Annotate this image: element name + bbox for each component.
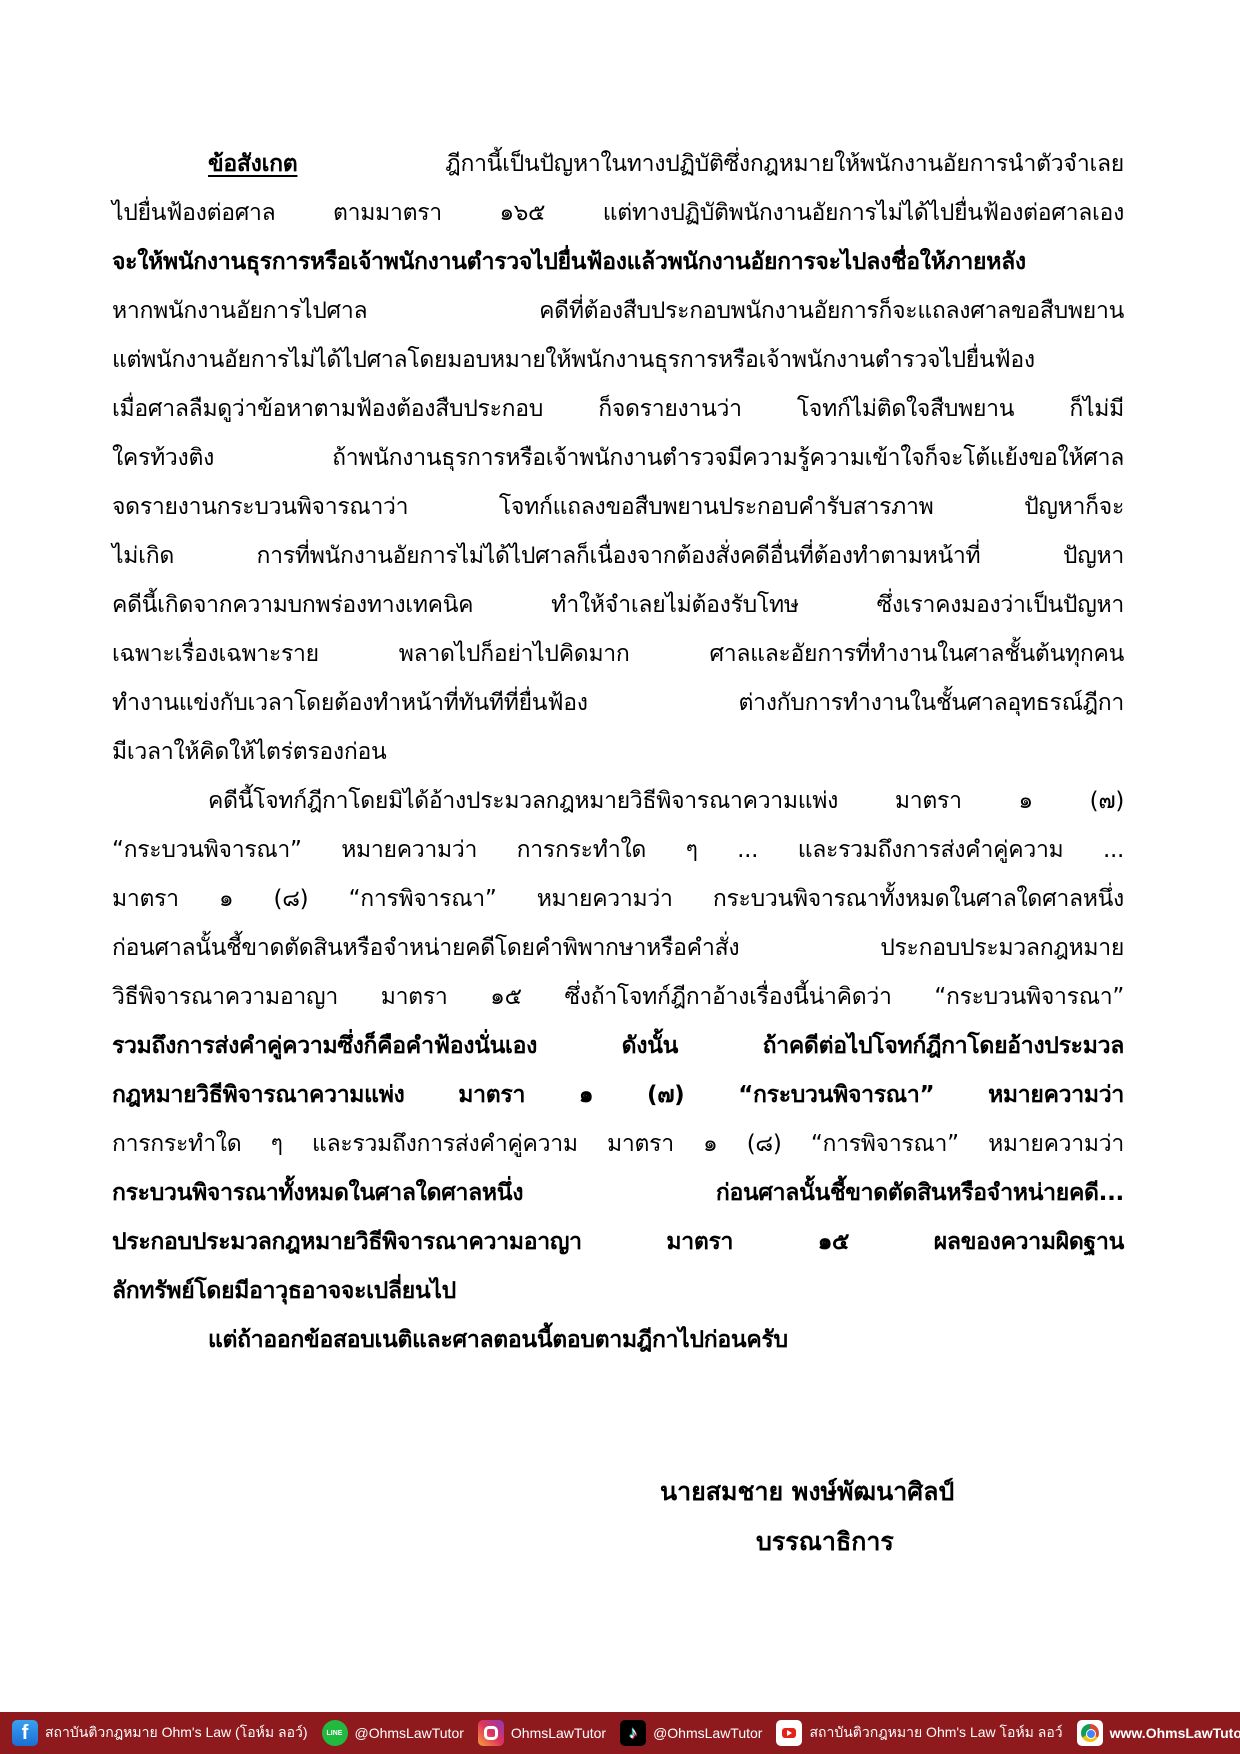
instagram-icon <box>478 1720 504 1746</box>
footer-instagram-link[interactable]: OhmsLawTutor <box>478 1720 606 1746</box>
text-line: แต่พนักงานอัยการไม่ได้ไปศาลโดยมอบหมายให้… <box>112 336 1124 385</box>
footer-website-link[interactable]: www.OhmsLawTutor.com <box>1077 1720 1240 1746</box>
text-line: คดีนี้เกิดจากความบกพร่องทางเทคนิค ทำให้จ… <box>112 581 1124 630</box>
signature-name: นายสมชาย พงษ์พัฒนาศิลป์ <box>660 1472 954 1512</box>
text-line: ไม่เกิด การที่พนักงานอัยการไม่ได้ไปศาลก็… <box>112 532 1124 581</box>
text-line: ทำงานแข่งกับเวลาโดยต้องทำหน้าที่ทันทีที่… <box>112 679 1124 728</box>
text-line: จดรายงานกระบวนพิจารณาว่า โจทก์แถลงขอสืบพ… <box>112 483 1124 532</box>
line-icon: LINE <box>322 1720 348 1746</box>
note-heading: ข้อสังเกต <box>208 151 297 177</box>
footer-label: OhmsLawTutor <box>511 1725 606 1741</box>
document-body: ข้อสังเกต ฎีกานี้เป็นปัญหาในทางปฏิบัติซึ… <box>112 140 1124 1365</box>
chrome-icon <box>1077 1720 1103 1746</box>
text-line: ข้อสังเกต ฎีกานี้เป็นปัญหาในทางปฏิบัติซึ… <box>112 140 1124 189</box>
text-line: เฉพาะเรื่องเฉพาะราย พลาดไปก็อย่าไปคิดมาก… <box>112 630 1124 679</box>
footer-label: www.OhmsLawTutor.com <box>1110 1725 1240 1741</box>
footer-label: สถาบันติวกฎหมาย Ohm's Law (โอห์ม ลอว์) <box>45 1722 308 1744</box>
text-line: รวมถึงการส่งคำคู่ความซึ่งก็คือคำฟ้องนั่น… <box>112 1022 1124 1071</box>
text-line: “กระบวนพิจารณา” หมายความว่า การกระทำใด ๆ… <box>112 826 1124 875</box>
text-line: ประกอบประมวลกฎหมายวิธีพิจารณาความอาญา มา… <box>112 1218 1124 1267</box>
text-line: ไปยื่นฟ้องต่อศาล ตามมาตรา ๑๖๕ แต่ทางปฏิบ… <box>112 189 1124 238</box>
text-line: ใครท้วงติง ถ้าพนักงานธุรการหรือเจ้าพนักง… <box>112 434 1124 483</box>
text-line: มีเวลาให้คิดให้ไตร่ตรองก่อน <box>112 728 1124 777</box>
text-line: มาตรา ๑ (๘) “การพิจารณา” หมายความว่า กระ… <box>112 875 1124 924</box>
text-line: หากพนักงานอัยการไปศาล คดีที่ต้องสืบประกอ… <box>112 287 1124 336</box>
text-line: การกระทำใด ๆ และรวมถึงการส่งคำคู่ความ มา… <box>112 1120 1124 1169</box>
tiktok-icon: ♪ <box>620 1720 646 1746</box>
text-line: เมื่อศาลลืมดูว่าข้อหาตามฟ้องต้องสืบประกอ… <box>112 385 1124 434</box>
footer-label: สถาบันติวกฎหมาย Ohm's Law โอห์ม ลอว์ <box>809 1722 1062 1744</box>
text-line: แต่ถ้าออกข้อสอบเนติและศาลตอนนี้ตอบตามฎีก… <box>112 1316 1124 1365</box>
text-line: จะให้พนักงานธุรการหรือเจ้าพนักงานตำรวจไป… <box>112 238 1124 287</box>
footer-label: @OhmsLawTutor <box>653 1725 762 1741</box>
text-line: คดีนี้โจทก์ฎีกาโดยมิได้อ้างประมวลกฎหมายว… <box>112 777 1124 826</box>
footer-label: @OhmsLawTutor <box>355 1725 464 1741</box>
text-line: กระบวนพิจารณาทั้งหมดในศาลใดศาลหนึ่ง ก่อน… <box>112 1169 1124 1218</box>
text-line: ก่อนศาลนั้นชี้ขาดตัดสินหรือจำหน่ายคดีโดย… <box>112 924 1124 973</box>
text-line: กฎหมายวิธีพิจารณาความแพ่ง มาตรา ๑ (๗) “ก… <box>112 1071 1124 1120</box>
footer-facebook-link[interactable]: f สถาบันติวกฎหมาย Ohm's Law (โอห์ม ลอว์) <box>12 1720 308 1746</box>
signature-title: บรรณาธิการ <box>756 1522 894 1562</box>
facebook-icon: f <box>12 1720 38 1746</box>
footer-youtube-link[interactable]: สถาบันติวกฎหมาย Ohm's Law โอห์ม ลอว์ <box>776 1720 1062 1746</box>
text-line: ลักทรัพย์โดยมีอาวุธอาจจะเปลี่ยนไป <box>112 1267 1124 1316</box>
text-line: วิธีพิจารณาความอาญา มาตรา ๑๕ ซึ่งถ้าโจทก… <box>112 973 1124 1022</box>
footer-bar: f สถาบันติวกฎหมาย Ohm's Law (โอห์ม ลอว์)… <box>0 1712 1240 1754</box>
footer-tiktok-link[interactable]: ♪ @OhmsLawTutor <box>620 1720 762 1746</box>
footer-line-link[interactable]: LINE @OhmsLawTutor <box>322 1720 464 1746</box>
youtube-icon <box>776 1720 802 1746</box>
